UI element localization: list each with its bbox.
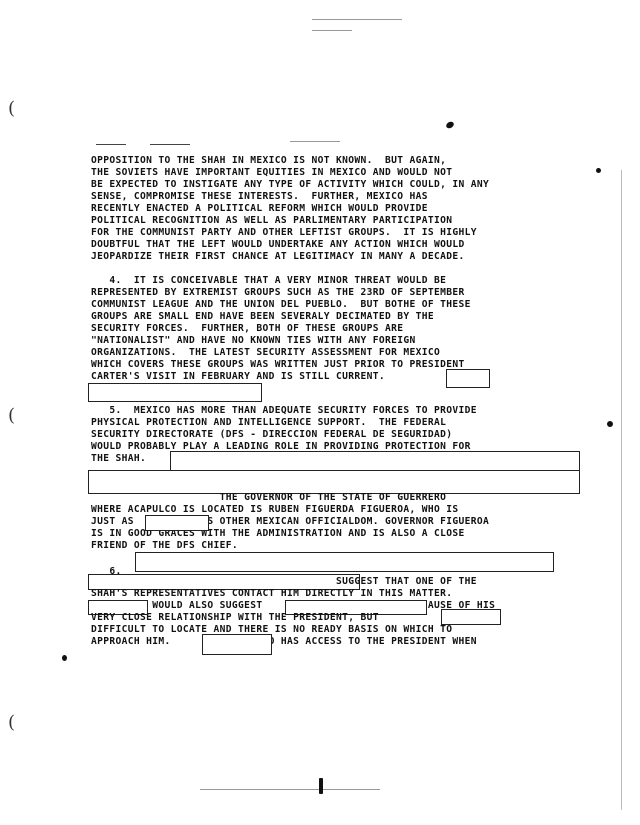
text-line: VERY CLOSE RELATIONSHIP WITH THE PRESIDE… <box>91 612 495 623</box>
text-line: WHERE ACAPULCO IS LOCATED IS RUBEN FIGUE… <box>91 504 459 515</box>
text-line: COMMUNIST LEAGUE AND THE UNION DEL PUEBL… <box>91 299 471 310</box>
text-line: JEOPARDIZE THEIR FIRST CHANCE AT LEGITIM… <box>91 251 465 262</box>
text-line: "NATIONALIST" AND HAVE NO KNOWN TIES WIT… <box>91 335 416 346</box>
text-line: 5. MEXICO HAS MORE THAN ADEQUATE SECURIT… <box>91 405 477 416</box>
redaction-box <box>446 369 490 388</box>
text-line: FRIEND OF THE DFS CHIEF. <box>91 540 238 551</box>
margin-mark: ( <box>8 98 15 119</box>
text-line: OPPOSITION TO THE SHAH IN MEXICO IS NOT … <box>91 155 446 166</box>
text-line: SECURITY FORCES. FURTHER, BOTH OF THESE … <box>91 323 403 334</box>
text-line: DOUBTFUL THAT THE LEFT WOULD UNDERTAKE A… <box>91 239 465 250</box>
text-line: SHAH'S REPRESENTATIVES CONTACT HIM DIREC… <box>91 588 452 599</box>
rule-line <box>150 144 190 145</box>
margin-mark: ( <box>8 405 15 426</box>
document-page: ( ( ( OPPOSITION TO THE SHAH IN MEXICO I… <box>0 0 640 825</box>
scan-noise <box>200 789 380 790</box>
ink-mark <box>319 778 323 794</box>
text-line: REPRESENTED BY EXTREMIST GROUPS SUCH AS … <box>91 287 465 298</box>
text-line: SUGGEST THAT ONE OF THE <box>91 576 477 587</box>
text-line: BE EXPECTED TO INSTIGATE ANY TYPE OF ACT… <box>91 179 489 190</box>
text-line: RECENTLY ENACTED A POLITICAL REFORM WHIC… <box>91 203 428 214</box>
text-line: PHYSICAL PROTECTION AND INTELLIGENCE SUP… <box>91 417 446 428</box>
text-line: SECURITY DIRECTORATE (DFS - DIRECCION FE… <box>91 429 452 440</box>
text-line: SENSE, COMPROMISE THESE INTERESTS. FURTH… <box>91 191 428 202</box>
redaction-box <box>441 609 501 625</box>
text-line: THE SHAH. <box>91 453 146 464</box>
text-line: GROUPS ARE SMALL END HAVE BEEN SEVERALY … <box>91 311 434 322</box>
text-line: FOR THE COMMUNIST PARTY AND OTHER LEFTIS… <box>91 227 477 238</box>
text-line: THE GOVERNOR OF THE STATE OF GUERRERO <box>91 492 446 503</box>
text-line: CARTER'S VISIT IN FEBRUARY AND IS STILL … <box>91 371 385 382</box>
redaction-box <box>88 470 580 494</box>
ink-blot <box>62 655 67 661</box>
text-line: ORGANIZATIONS. THE LATEST SECURITY ASSES… <box>91 347 440 358</box>
redaction-box <box>135 552 554 572</box>
text-line: 4. IT IS CONCEIVABLE THAT A VERY MINOR T… <box>91 275 446 286</box>
ink-blot <box>607 421 613 427</box>
text-line: POLITICAL RECOGNITION AS WELL AS PARLIME… <box>91 215 452 226</box>
scan-noise <box>290 141 340 142</box>
ink-blot <box>445 120 455 129</box>
text-line: WHICH COVERS THESE GROUPS WAS WRITTEN JU… <box>91 359 465 370</box>
margin-mark: ( <box>8 712 15 733</box>
scan-noise <box>312 19 402 20</box>
text-line: THE SOVIETS HAVE IMPORTANT EQUITIES IN M… <box>91 167 452 178</box>
redaction-box <box>145 515 209 531</box>
redaction-box <box>88 383 262 402</box>
redaction-box <box>202 634 272 655</box>
ink-blot <box>596 168 601 173</box>
scan-edge <box>621 170 622 810</box>
scan-noise <box>312 30 352 31</box>
text-line: APPROACH HIM. ALSO HAS ACCESS TO THE PRE… <box>91 636 477 647</box>
rule-line <box>96 144 126 145</box>
